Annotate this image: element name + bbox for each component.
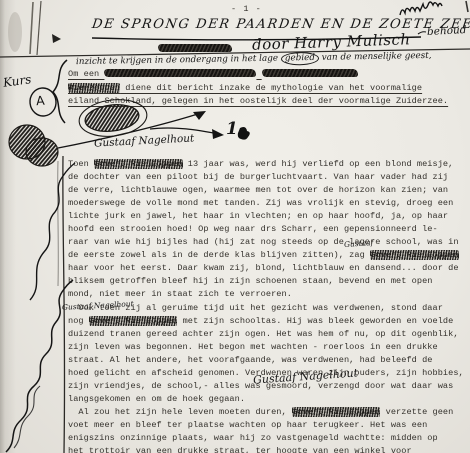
smudge <box>8 12 22 52</box>
page-number: - 1 - <box>231 4 262 14</box>
body-line: Al zou het zijn hele leven moeten duren,… <box>68 406 470 419</box>
body-text-segment: Toen <box>68 159 94 169</box>
body-line: zijn leven was begonnen. Het begon met w… <box>68 341 470 354</box>
insert-circled-word: gebied <box>281 52 319 66</box>
body-text-segment: verzette geen <box>380 407 453 417</box>
arrowhead <box>212 129 224 139</box>
scratched-name: Govert Rienzoppen <box>89 316 178 326</box>
body-line: lichte jurk en jawel, het haar in vlecht… <box>68 210 470 223</box>
intro-line-2-text: diene dit bericht inzake de mythologie v… <box>120 83 422 93</box>
section-number: 1 <box>226 119 238 139</box>
inserted-handwritten-line: inzicht te krijgen in de ondergang in he… <box>76 51 432 67</box>
body-line: de dochter van een piloot bij de burgerl… <box>68 171 470 184</box>
insert-post: van de menselijke geest, <box>319 51 432 63</box>
scribbled-out-word <box>158 44 232 52</box>
intro-line-1: Om een <box>68 68 448 82</box>
body-line: het trottoir van een drukke straat, ter … <box>68 445 470 453</box>
body-text-segment: de eerste zowel als in de derde klas bli… <box>68 250 370 260</box>
scratched-name: Govert Rienzoppen <box>370 250 459 260</box>
body-line: duizend tranen gereed achter zijn ogen. … <box>68 328 470 341</box>
body-text-segment: met zijn schooltas. Hij was bleek geword… <box>177 316 453 326</box>
body-line: de verre, lichtblauwe ogen, waarmee men … <box>68 184 470 197</box>
body-line: mond, niet meer in staat zich te verroer… <box>68 288 470 301</box>
scratched-name: Govert Rienzoppen <box>94 159 183 169</box>
scratched-name: Govert Rienzoppen <box>292 407 381 417</box>
intro-paragraph: Om een Rienzoppen diene dit bericht inza… <box>68 68 448 109</box>
body-line: bliksem getroffen bleef hij in zijn scho… <box>68 275 470 288</box>
margin-brace <box>53 60 67 123</box>
body-line: Toen Govert Rienzoppen 13 jaar was, werd… <box>68 158 470 171</box>
ink-scrawl-mark <box>400 2 442 15</box>
scribble-blob <box>9 125 45 159</box>
ink-blot <box>238 127 250 140</box>
body-line: straat. Al het andere, het voorafgaande,… <box>68 354 470 367</box>
manuscript-page: - 1 - behoud DE SPRONG DER PAARDEN EN DE… <box>0 0 470 453</box>
body-line: raar van wie hij bijles had (hij zat nog… <box>68 236 470 249</box>
fold-line <box>30 2 33 54</box>
margin-line <box>58 161 59 286</box>
note-dash <box>418 32 426 34</box>
insert-pre: inzicht te krijgen in de ondergang in he… <box>76 54 281 68</box>
body-line: de eerste zowel als in de derde klas bli… <box>68 249 470 262</box>
body-text: Toen Govert Rienzoppen 13 jaar was, werd… <box>68 158 470 453</box>
intro-line-3: eiland Schokland, gelegen in het oosteli… <box>68 95 448 109</box>
margin-letter-a: A <box>35 93 45 109</box>
arrowhead-mark <box>52 34 61 43</box>
fold-line <box>37 1 41 55</box>
body-line: Ook toen zij al geruime tijd uit het gez… <box>68 302 470 315</box>
margin-scrawl <box>14 386 40 448</box>
body-line: nog Govert Rienzoppen met zijn schooltas… <box>68 315 470 328</box>
scribbled-out-text <box>104 69 256 77</box>
scribbled-out-text <box>262 69 358 77</box>
intro-line-2: Rienzoppen diene dit bericht inzake de m… <box>68 82 448 96</box>
margin-note-kurs: Kurs <box>2 72 32 90</box>
author-note: door Harry Mulisch <box>252 30 411 54</box>
body-text-segment: nog <box>68 316 89 326</box>
correction-name-note: Gustaaf Nagelhout <box>94 132 195 149</box>
body-line: zijn vriendjes, de school,- alles was ge… <box>68 380 470 393</box>
body-text-segment: Al zou het zijn hele leven moeten duren, <box>68 407 292 417</box>
body-line: hoofd een strooien hoed! Op weg naar drs… <box>68 223 470 236</box>
body-line: voet meer en bleef ter plaatse wachten o… <box>68 419 470 432</box>
page-title: DE SPRONG DER PAARDEN EN DE ZOETE ZEE <box>91 17 470 32</box>
scribble-blob <box>26 138 58 166</box>
body-text-segment: 13 jaar was, werd hij verliefd op een bl… <box>183 159 454 169</box>
body-line: moederswege de volle mond met tanden. Zi… <box>68 197 470 210</box>
body-line: hoed gelicht en afscheid genomen. Verdwe… <box>68 367 470 380</box>
corner-tick <box>466 1 468 12</box>
body-line: enigszins onzinnige plaats, waar hij zo … <box>68 432 470 445</box>
intro-line-1-text: Om een <box>68 69 104 79</box>
arrowhead <box>193 111 206 120</box>
body-line: haar voor het eerst. Daar kwam zij, blon… <box>68 262 470 275</box>
body-line: langsgekomen en om de hoek gegaan. <box>68 393 470 406</box>
scratched-name: Rienzoppen <box>68 83 120 93</box>
